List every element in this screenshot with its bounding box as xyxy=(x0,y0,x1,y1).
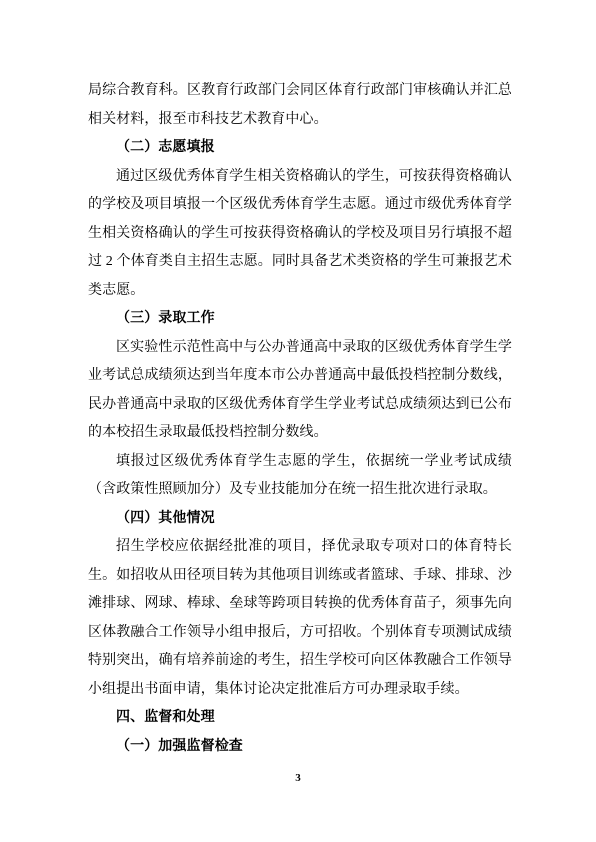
document-page: 局综合教育科。区教育行政部门会同区体育行政部门审核确认并汇总相关材料，报至市科技… xyxy=(0,0,596,842)
paragraph-volunteer-filling: 通过区级优秀体育学生相关资格确认的学生，可按获得资格确认的学校及项目填报一个区级… xyxy=(88,163,512,306)
document-body: 局综合教育科。区教育行政部门会同区体育行政部门审核确认并汇总相关材料，报至市科技… xyxy=(88,77,512,761)
paragraph-admission-batch: 填报过区级优秀体育学生志愿的学生，依据统一学业考试成绩（含政策性照顾加分）及专业… xyxy=(88,448,512,505)
paragraph-continuation: 局综合教育科。区教育行政部门会同区体育行政部门审核确认并汇总相关材料，报至市科技… xyxy=(88,77,512,134)
paragraph-admission-scores: 区实验性示范性高中与公办普通高中录取的区级优秀体育学生学业考试总成绩须达到当年度… xyxy=(88,334,512,448)
section-heading-volunteer-filling: （二）志愿填报 xyxy=(88,134,512,163)
paragraph-other-situations: 招生学校应依据经批准的项目，择优录取专项对口的体育特长生。如招收从田径项目转为其… xyxy=(88,533,512,704)
section-heading-other-situations: （四）其他情况 xyxy=(88,505,512,534)
section-heading-supervision-handling: 四、监督和处理 xyxy=(88,704,512,733)
section-heading-admission-work: （三）录取工作 xyxy=(88,305,512,334)
section-heading-strengthen-supervision: （一）加强监督检查 xyxy=(88,733,512,762)
page-number: 3 xyxy=(0,771,596,785)
